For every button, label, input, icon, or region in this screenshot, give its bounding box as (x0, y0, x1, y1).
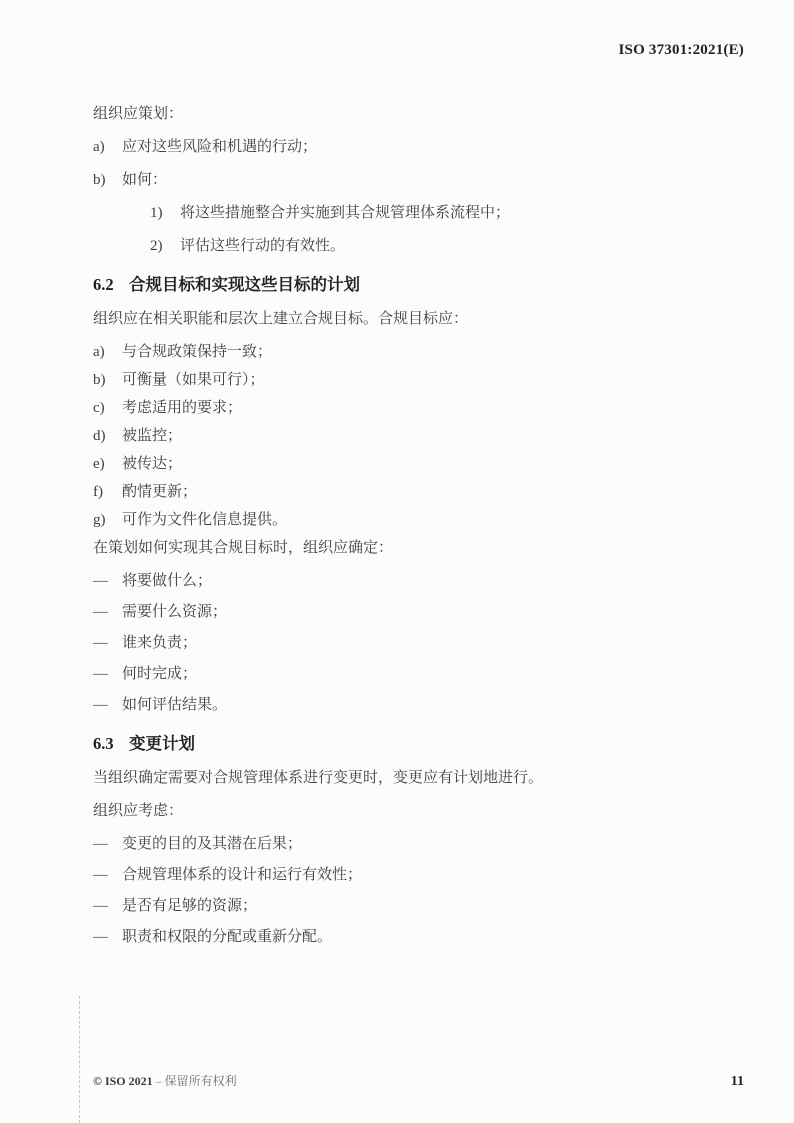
section-heading-6-2: 6.2 合规目标和实现这些目标的计划 (93, 275, 744, 295)
section-heading-6-3: 6.3 变更计划 (93, 734, 744, 754)
list-marker: e) (93, 454, 122, 474)
section-title: 合规目标和实现这些目标的计划 (129, 275, 360, 295)
list-text: 被传达； (122, 454, 182, 474)
list-item: a) 应对这些风险和机遇的行动； (93, 137, 744, 157)
copyright-notice: © ISO 2021–保留所有权利 (93, 1072, 237, 1089)
list-text: 可作为文件化信息提供。 (122, 510, 287, 530)
copyright-dash: – (153, 1074, 165, 1088)
list-marker: d) (93, 426, 122, 446)
dash-list-item: — 如何评估结果。 (93, 695, 744, 715)
dash-list-item: — 变更的目的及其潜在后果； (93, 834, 744, 854)
page-footer: © ISO 2021–保留所有权利 11 (93, 1072, 744, 1090)
list-text: 职责和权限的分配或重新分配。 (122, 927, 332, 947)
dash-marker: — (93, 602, 122, 622)
list-marker: f) (93, 482, 122, 502)
doc-reference: ISO 37301:2021(E) (619, 42, 745, 58)
list-marker: c) (93, 398, 122, 418)
sub-list-item: 1) 将这些措施整合并实施到其合规管理体系流程中； (150, 203, 744, 223)
dash-list-item: — 职责和权限的分配或重新分配。 (93, 927, 744, 947)
dash-marker: — (93, 571, 122, 591)
list-item: a) 与合规政策保持一致； (93, 342, 744, 362)
list-marker: a) (93, 137, 122, 157)
list-text: 评估这些行动的有效性。 (180, 236, 345, 256)
document-page: ISO 37301:2021(E) 组织应策划： a) 应对这些风险和机遇的行动… (0, 0, 794, 1123)
list-text: 可衡量（如果可行）； (122, 370, 265, 390)
section-number: 6.2 (93, 275, 129, 295)
dash-marker: — (93, 664, 122, 684)
dash-marker: — (93, 865, 122, 885)
dash-list-item: — 谁来负责； (93, 633, 744, 653)
document-body: 组织应策划： a) 应对这些风险和机遇的行动； b) 如何： 1) 将这些措施整… (93, 104, 744, 958)
list-text: 何时完成； (122, 664, 197, 684)
list-marker: 1) (150, 203, 180, 223)
list-text: 需要什么资源； (122, 602, 227, 622)
list-item: f) 酌情更新； (93, 482, 744, 502)
list-marker: g) (93, 510, 122, 530)
section-number: 6.3 (93, 734, 129, 754)
dash-list-item: — 是否有足够的资源； (93, 896, 744, 916)
scan-artifact-dotted-line (79, 996, 80, 1123)
dash-marker: — (93, 927, 122, 947)
list-marker: b) (93, 370, 122, 390)
list-text: 被监控； (122, 426, 182, 446)
dash-marker: — (93, 633, 122, 653)
list-item: g) 可作为文件化信息提供。 (93, 510, 744, 530)
list-marker: 2) (150, 236, 180, 256)
list-text: 如何： (122, 170, 167, 190)
page-number: 11 (731, 1074, 744, 1090)
list-text: 酌情更新； (122, 482, 197, 502)
list-text: 合规管理体系的设计和运行有效性； (122, 865, 362, 885)
list-item: e) 被传达； (93, 454, 744, 474)
rights-reserved-text: 保留所有权利 (165, 1074, 237, 1088)
list-text: 将这些措施整合并实施到其合规管理体系流程中； (180, 203, 510, 223)
list-text: 是否有足够的资源； (122, 896, 257, 916)
dash-marker: — (93, 695, 122, 715)
copyright-text: © ISO 2021 (93, 1074, 153, 1088)
list-text: 谁来负责； (122, 633, 197, 653)
dash-list-item: — 合规管理体系的设计和运行有效性； (93, 865, 744, 885)
sub-list-item: 2) 评估这些行动的有效性。 (150, 236, 744, 256)
list-item: d) 被监控； (93, 426, 744, 446)
list-marker: b) (93, 170, 122, 190)
section-title: 变更计划 (129, 734, 195, 754)
list-text: 应对这些风险和机遇的行动； (122, 137, 317, 157)
list-item: c) 考虑适用的要求； (93, 398, 744, 418)
list-text: 将要做什么； (122, 571, 212, 591)
page-header: ISO 37301:2021(E) (93, 42, 744, 59)
list-item: b) 如何： (93, 170, 744, 190)
list-text: 变更的目的及其潜在后果； (122, 834, 302, 854)
dash-list-item: — 需要什么资源； (93, 602, 744, 622)
list-text: 如何评估结果。 (122, 695, 227, 715)
dash-marker: — (93, 834, 122, 854)
paragraph: 组织应考虑： (93, 801, 744, 821)
list-text: 考虑适用的要求； (122, 398, 242, 418)
dash-list-item: — 将要做什么； (93, 571, 744, 591)
paragraph: 当组织确定需要对合规管理体系进行变更时，变更应有计划地进行。 (93, 768, 744, 788)
paragraph: 在策划如何实现其合规目标时，组织应确定： (93, 538, 744, 558)
paragraph-lead: 组织应策划： (93, 104, 744, 124)
list-text: 与合规政策保持一致； (122, 342, 272, 362)
paragraph: 组织应在相关职能和层次上建立合规目标。合规目标应： (93, 309, 744, 329)
dash-list-item: — 何时完成； (93, 664, 744, 684)
dash-marker: — (93, 896, 122, 916)
list-item: b) 可衡量（如果可行）； (93, 370, 744, 390)
list-marker: a) (93, 342, 122, 362)
